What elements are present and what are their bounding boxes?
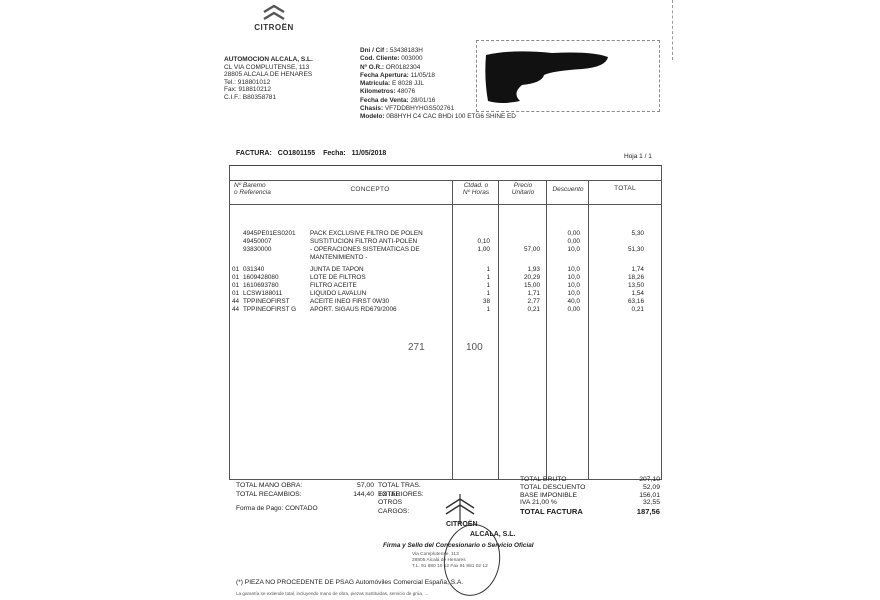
meta-label: Matricula: [360,80,390,87]
table-row: 4945PE01ES0201PACK EXCLUSIVE FILTRO DE P… [230,230,661,238]
row-reference: TPPINEOFIRST G [243,306,296,314]
dealer-name: AUTOMOCION ALCALA, S.L. [224,56,313,64]
row-unit-price: 15,00 [502,282,540,290]
row-total: 13,50 [600,282,644,290]
stamp-chevrons-icon [440,494,480,524]
fecha-label: Fecha: [323,150,346,157]
row-total: 1,54 [600,290,644,298]
totals-label: TOTAL DESCUENTO [520,484,585,491]
total-parts-value: 144,40 [330,491,374,500]
row-discount: 0,00 [546,238,580,246]
row-reference: 93830000 [243,246,271,254]
row-quantity: 1 [456,290,490,298]
meta-value: 48076 [397,88,415,95]
totals-left-row: TOTAL RECAMBIOS: 144,40 TOTAL OTROS CARG… [236,491,302,500]
row-reference: 031340 [243,266,264,274]
citroen-logo: CITROËN [254,4,294,32]
header-concept: CONCEPTO [300,186,440,193]
meta-label: Dni / Cif : [360,47,388,54]
row-concept: APORT. SIGAUS RD679/2006 [310,306,397,314]
marker-label: 100 [466,342,483,353]
meta-value: 11/05/18 [411,72,435,79]
row-reference: 1609428080 [243,274,279,282]
row-reference: 49450007 [243,238,271,246]
invoice-title: FACTURA:CO1801155 Fecha:11/05/2018 [236,150,392,157]
row-quantity: 1 [456,266,490,274]
header-unit-price: PrecioUnitario [500,182,546,196]
totals-left-row: TOTAL MANO OBRA: 57,00 TOTAL TRAS. EXTER… [236,482,302,491]
totals-label: IVA 21,00 % [520,499,557,506]
row-concept: FILTRO ACEITE [310,282,357,290]
totals-value: 52,09 [643,484,660,492]
row-reference: 1610693780 [243,282,279,290]
totals-right-row: TOTAL DESCUENTO52,09 [520,484,660,492]
row-discount: 40,0 [546,298,580,306]
row-reference: LCSW188011 [243,290,282,298]
redaction-mark [482,49,612,105]
row-unit-price: 20,29 [502,274,540,282]
chevrons-icon [262,4,286,22]
col-divider [498,180,499,479]
row-discount: 10,0 [546,274,580,282]
row-prefix: 01 [232,290,239,298]
total-labor-label: TOTAL MANO OBRA: [236,482,302,489]
dealer-tel: Tel.: 918801012 [224,79,313,87]
row-quantity: 1,00 [456,246,490,254]
header-ref: Nº Baremoo Referencia [234,182,294,196]
row-concept: - OPERACIONES SISTEMATICAS DE [310,246,420,254]
row-concept: PACK EXCLUSIVE FILTRO DE POLEN [310,230,423,238]
meta-value: OR0182304 [386,64,420,71]
row-unit-price: 2,77 [502,298,540,306]
row-quantity: 1 [456,274,490,282]
row-unit-price: 1,93 [502,266,540,274]
table-top-band [230,166,661,181]
meta-label: Fecha Apertura: [360,72,409,79]
row-discount: 0,00 [546,230,580,238]
table-row: 01031340JUNTA DE TAPON11,9310,01,74 [230,266,661,274]
row-discount: 10,0 [546,282,580,290]
header-qty: Ctdad. oNº Horas [454,182,498,196]
row-concept: SUSTITUCION FILTRO ANTI-POLEN [310,238,417,246]
marker-label: 271 [408,342,425,353]
meta-value: 28/01/16 [410,97,435,104]
dealer-address-2: 28805 ALCALA DE HENARES [224,71,313,79]
dealer-address-1: CL VIA COMPLUTENSE, 113 [224,64,313,72]
totals-value: 156,01 [639,492,660,500]
row-quantity: 38 [456,298,490,306]
row-total: 5,30 [600,230,644,238]
logo-text: CITROËN [254,23,294,32]
row-prefix: 44 [232,298,239,306]
table-row: 49450007SUSTITUCION FILTRO ANTI-POLEN0,1… [230,238,661,246]
row-concept: LIQUIDO LAVALUN [310,290,366,298]
total-parts-label: TOTAL RECAMBIOS: [236,491,302,498]
row-quantity: 0,10 [456,238,490,246]
totals-value: 32,55 [643,499,660,507]
row-discount: 10,0 [546,266,580,274]
grand-total-label: TOTAL FACTURA [520,507,583,516]
table-row: 44TPPINEOFIRSTACEITE INEO FIRST 0W30382,… [230,298,661,306]
row-prefix: 44 [232,306,239,314]
row-concept: ACEITE INEO FIRST 0W30 [310,298,389,306]
row-discount: 0,00 [546,306,580,314]
row-concept: LOTE DE FILTROS [310,274,366,282]
row-discount: 10,0 [546,246,580,254]
col-divider [452,180,453,479]
row-prefix: 01 [232,266,239,274]
grand-total-value: 187,56 [637,508,660,516]
row-total: 0,21 [600,306,644,314]
meta-row: Modelo: 0B8HYH C4 CAC BHDi 100 ETG6 SHIN… [360,113,516,121]
table-row: MANTENIMIENTO - [230,254,661,262]
totals-right-row: TOTAL BRUTO207,10 [520,476,660,484]
row-prefix: 01 [232,274,239,282]
row-unit-price: 57,00 [502,246,540,254]
page-indicator: Hoja 1 / 1 [624,153,652,160]
table-header [230,180,661,205]
invoice-number: CO1801155 [278,150,315,157]
row-reference: 4945PE01ES0201 [243,230,296,238]
meta-label: Fecha de Venta: [360,97,409,104]
row-unit-price: 0,21 [502,306,540,314]
dealer-info: AUTOMOCION ALCALA, S.L. CL VIA COMPLUTEN… [224,56,313,102]
meta-value: 0B8HYH C4 CAC BHDi 100 ETG6 SHINE ED [386,113,516,120]
meta-label: Cod. Cliente: [360,55,399,62]
totals-label: TOTAL BRUTO [520,476,567,483]
table-row: 93830000- OPERACIONES SISTEMATICAS DE1,0… [230,246,661,254]
scan-edge-line [672,0,674,60]
row-concept: JUNTA DE TAPON [310,266,364,274]
footnote: (*) PIEZA NO PROCEDENTE DE PSAG Automóvi… [236,579,463,586]
scanned-invoice: CITROËN AUTOMOCION ALCALA, S.L. CL VIA C… [0,0,880,600]
table-row: 01LCSW188011LIQUIDO LAVALUN11,7110,01,54 [230,290,661,298]
total-labor-value: 57,00 [330,482,374,491]
factura-label: FACTURA: [236,150,272,157]
invoice-lines-table: Nº Baremoo Referencia CONCEPTO Ctdad. oN… [229,165,662,480]
col-divider [546,180,547,479]
total-other-label: TOTAL OTROS CARGOS: [378,491,409,517]
totals-right-row: IVA 21,00 %32,55 [520,499,660,507]
dealer-fax: Fax: 918810212 [224,86,313,94]
table-row: 44TPPINEOFIRST GAPORT. SIGAUS RD679/2006… [230,306,661,314]
totals-right-row: BASE IMPONIBLE156,01 [520,492,660,500]
row-unit-price: 1,71 [502,290,540,298]
meta-value: 003000 [401,55,422,62]
table-row: 011610693780FILTRO ACEITE115,0010,013,50 [230,282,661,290]
row-reference: TPPINEOFIRST [243,298,290,306]
totals-right: TOTAL BRUTO207,10TOTAL DESCUENTO52,09BAS… [520,476,660,517]
meta-value: 53438183H [390,47,423,54]
header-total: TOTAL [590,185,660,192]
row-total: 1,74 [600,266,644,274]
totals-label: BASE IMPONIBLE [520,492,577,499]
meta-value: E 8028 JJL [392,80,424,87]
invoice-date: 11/05/2018 [352,150,387,157]
col-divider [588,180,589,479]
meta-value: VF7DDBHYHGS502761 [385,105,454,112]
grand-total-row: TOTAL FACTURA187,56 [520,508,660,517]
totals-left: TOTAL MANO OBRA: 57,00 TOTAL TRAS. EXTER… [236,482,302,499]
table-row: 011609428080LOTE DE FILTROS120,2910,018,… [230,274,661,282]
row-discount: 10,0 [546,290,580,298]
payment-method: Forma de Pago: CONTADO [236,505,318,512]
header-discount: Descuento [548,186,588,193]
row-concept: MANTENIMIENTO - [310,254,367,262]
meta-label: Modelo: [360,113,385,120]
row-total: 63,16 [600,298,644,306]
meta-label: Nº O.R.: [360,64,384,71]
fine-print: La garantía se extiende total, incluyend… [236,591,428,596]
row-quantity: 1 [456,282,490,290]
row-quantity: 1 [456,306,490,314]
meta-label: Kilometros: [360,88,396,95]
row-prefix: 01 [232,282,239,290]
row-total: 51,30 [600,246,644,254]
totals-value: 207,10 [639,476,660,484]
meta-label: Chasis: [360,105,383,112]
row-total: 18,26 [600,274,644,282]
dealer-cif: C.I.F.: B80358781 [224,94,313,102]
